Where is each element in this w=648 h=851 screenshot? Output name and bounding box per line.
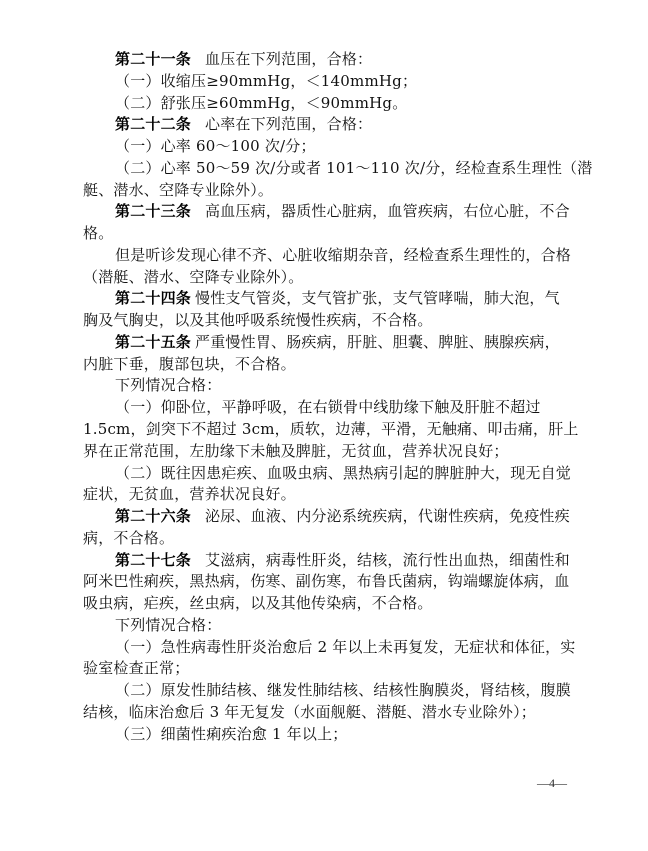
article-25-item-2-line-1: （二）既往因患疟疾、血吸虫病、黑热病引起的脾脏肿大，现无自觉 bbox=[83, 463, 573, 485]
article-27-item-1-line-1: （一）急性病毒性肝炎治愈后 2 年以上未再复发，无症状和体征，实 bbox=[83, 637, 573, 659]
article-27-label: 第二十七条 bbox=[115, 551, 191, 569]
article-27-item-3: （三）细菌性痢疾治愈 1 年以上； bbox=[83, 724, 573, 746]
document-page: 第二十一条血压在下列范围，合格： （一）收缩压≥90mmHg，＜140mmHg；… bbox=[0, 0, 648, 851]
article-25-qualified-heading: 下列情况合格： bbox=[83, 375, 573, 397]
article-26-text: 泌尿、血液、内分泌系统疾病，代谢性疾病，免疫性疾 bbox=[205, 507, 570, 525]
article-26-label: 第二十六条 bbox=[115, 507, 191, 525]
article-25-heading-line: 第二十五条严重慢性胃、肠疾病，肝脏、胆囊、脾脏、胰腺疾病， bbox=[83, 332, 573, 354]
article-24-text: 慢性支气管炎，支气管扩张，支气管哮喘，肺大泡，气 bbox=[195, 289, 560, 307]
article-26-heading-line: 第二十六条泌尿、血液、内分泌系统疾病，代谢性疾病，免疫性疾 bbox=[83, 506, 573, 528]
article-22-item-2-line-2: 艇、潜水、空降专业除外）。 bbox=[83, 180, 573, 202]
article-23-label: 第二十三条 bbox=[115, 202, 191, 220]
article-22-item-1: （一）心率 60～100 次/分； bbox=[83, 136, 573, 158]
article-21-item-1: （一）收缩压≥90mmHg，＜140mmHg； bbox=[83, 71, 573, 93]
article-23-text: 高血压病，器质性心脏病，血管疾病，右位心脏，不合 bbox=[205, 202, 570, 220]
article-25-text: 严重慢性胃、肠疾病，肝脏、胆囊、脾脏、胰腺疾病， bbox=[195, 333, 560, 351]
article-22-text: 心率在下列范围，合格： bbox=[205, 115, 372, 133]
article-22-label: 第二十二条 bbox=[115, 115, 191, 133]
article-23-heading-line: 第二十三条高血压病，器质性心脏病，血管疾病，右位心脏，不合 bbox=[83, 201, 573, 223]
article-22-heading-line: 第二十二条心率在下列范围，合格： bbox=[83, 114, 573, 136]
document-body: 第二十一条血压在下列范围，合格： （一）收缩压≥90mmHg，＜140mmHg；… bbox=[83, 49, 573, 746]
article-27-text: 艾滋病，病毒性肝炎，结核，流行性出血热，细菌性和 bbox=[205, 551, 570, 569]
article-24-label: 第二十四条 bbox=[115, 289, 191, 307]
article-27-item-2-line-2: 结核，临床治愈后 3 年无复发（水面舰艇、潜艇、潜水专业除外）； bbox=[83, 702, 573, 724]
article-23-exception-line-1: 但是听诊发现心律不齐、心脏收缩期杂音，经检查系生理性的，合格 bbox=[83, 245, 573, 267]
article-23-line-2: 格。 bbox=[83, 223, 573, 245]
page-number: —4— bbox=[532, 774, 572, 792]
article-27-item-1-line-2: 验室检查正常； bbox=[83, 658, 573, 680]
article-21-label: 第二十一条 bbox=[115, 50, 191, 68]
article-24-heading-line: 第二十四条慢性支气管炎，支气管扩张，支气管哮喘，肺大泡，气 bbox=[83, 288, 573, 310]
article-24-line-2: 胸及气胸史，以及其他呼吸系统慢性疾病，不合格。 bbox=[83, 310, 573, 332]
article-25-line-2: 内脏下垂，腹部包块，不合格。 bbox=[83, 354, 573, 376]
article-23-exception-line-2: （潜艇、潜水、空降专业除外）。 bbox=[83, 267, 573, 289]
article-25-item-1-line-1: （一）仰卧位，平静呼吸，在右锁骨中线肋缘下触及肝脏不超过 bbox=[83, 397, 573, 419]
article-27-qualified-heading: 下列情况合格： bbox=[83, 615, 573, 637]
article-21-item-2: （二）舒张压≥60mmHg，＜90mmHg。 bbox=[83, 93, 573, 115]
article-21-heading-line: 第二十一条血压在下列范围，合格： bbox=[83, 49, 573, 71]
article-25-label: 第二十五条 bbox=[115, 333, 191, 351]
article-22-item-2-line-1: （二）心率 50～59 次/分或者 101～110 次/分，经检查系生理性（潜 bbox=[83, 158, 573, 180]
article-21-text: 血压在下列范围，合格： bbox=[205, 50, 372, 68]
article-25-item-2-line-2: 症状，无贫血，营养状况良好。 bbox=[83, 484, 573, 506]
article-25-item-1-line-2: 1.5cm，剑突下不超过 3cm，质软，边薄，平滑，无触痛、叩击痛，肝上 bbox=[83, 419, 573, 441]
article-27-line-3: 吸虫病，疟疾，丝虫病，以及其他传染病，不合格。 bbox=[83, 593, 573, 615]
article-25-item-1-line-3: 界在正常范围，左肋缘下未触及脾脏，无贫血，营养状况良好； bbox=[83, 441, 573, 463]
article-27-item-2-line-1: （二）原发性肺结核、继发性肺结核、结核性胸膜炎，肾结核，腹膜 bbox=[83, 680, 573, 702]
article-27-heading-line: 第二十七条艾滋病，病毒性肝炎，结核，流行性出血热，细菌性和 bbox=[83, 550, 573, 572]
article-26-line-2: 病，不合格。 bbox=[83, 528, 573, 550]
article-27-line-2: 阿米巴性痢疾，黑热病，伤寒、副伤寒，布鲁氏菌病，钩端螺旋体病，血 bbox=[83, 571, 573, 593]
